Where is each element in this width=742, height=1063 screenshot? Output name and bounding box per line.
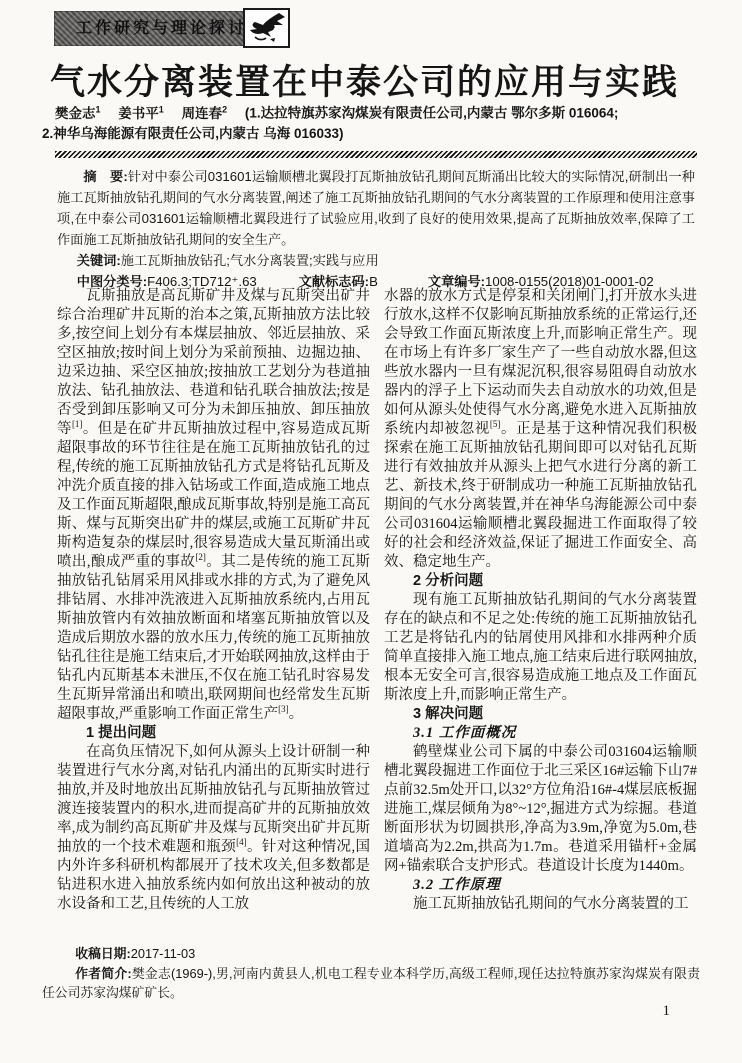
subsection-3-1-paragraph: 鹤壁煤业公司下属的中泰公司031604运输顺槽北翼段掘进工作面位于北三采区16#…	[384, 743, 697, 876]
journal-page: 工作研究与理论探讨 气水分离装置在中泰公司的应用与实践 樊金志1 姜书平1 周连…	[0, 0, 742, 1063]
author-line: 樊金志1 姜书平1 周连春2 (1.达拉特旗苏家沟煤炭有限责任公司,内蒙古 鄂尔…	[42, 99, 702, 124]
author-2-sup: 1	[159, 104, 164, 114]
subsection-heading-3-2: 3.2 工作原理	[384, 876, 697, 895]
abstract-block: 摘 要:针对中泰公司031601运输顺槽北翼段打瓦斯抽放钻孔期间瓦斯涌出比较大的…	[57, 166, 695, 292]
author-1-name: 樊金志	[55, 106, 96, 121]
affiliation-line-1: (1.达拉特旗苏家沟煤炭有限责任公司,内蒙古 鄂尔多斯 016064;	[245, 106, 619, 121]
author-3-name: 周连春	[182, 106, 223, 121]
received-date-line: 收稿日期:2017-11-03	[42, 944, 700, 964]
section-heading-1: 1 提出问题	[57, 724, 370, 743]
author-3-sup: 2	[222, 104, 227, 114]
section-1-paragraph: 在高负压情况下,如何从源头上设计研制一种装置进行气水分离,对钻孔内涌出的瓦斯实时…	[57, 743, 370, 914]
hatched-divider	[55, 151, 697, 158]
section-banner: 工作研究与理论探讨	[54, 11, 290, 46]
author-2: 姜书平1	[118, 106, 164, 121]
author-1: 樊金志1	[55, 106, 101, 121]
author-bio-line: 作者简介:樊金志(1969-),男,河南内黄县人,机电工程专业本科学历,高级工程…	[42, 964, 700, 1003]
section-2-paragraph: 现有施工瓦斯抽放钻孔期间的气水分离装置存在的缺点和不足之处:传统的施工瓦斯抽放钻…	[384, 591, 697, 705]
intro-paragraph: 瓦斯抽放是高瓦斯矿井及煤与瓦斯突出矿井综合治理矿井瓦斯的治本之策,瓦斯抽放方法比…	[57, 287, 370, 724]
abstract-text: 针对中泰公司031601运输顺槽北翼段打瓦斯抽放钻孔期间瓦斯涌出比较大的实际情况…	[57, 169, 695, 247]
received-date-value: 2017-11-03	[131, 946, 196, 961]
subsection-heading-3-1: 3.1 工作面概况	[384, 724, 697, 743]
section-heading-3: 3 解决问题	[384, 705, 697, 724]
page-number: 1	[663, 1003, 671, 1020]
article-title: 气水分离装置在中泰公司的应用与实践	[50, 55, 679, 105]
right-column: 水器的放水方式是停泵和关闭闸门,打开放水头进行放水,这样不仅影响瓦斯抽放系统的正…	[384, 287, 697, 914]
footnote-block: 收稿日期:2017-11-03 作者简介:樊金志(1969-),男,河南内黄县人…	[42, 944, 700, 1003]
section-1-paragraph-continued: 水器的放水方式是停泵和关闭闸门,打开放水头进行放水,这样不仅影响瓦斯抽放系统的正…	[384, 287, 697, 572]
author-bio-label: 作者简介:	[75, 966, 131, 981]
keywords-line: 关键词:施工瓦斯抽放钻孔;气水分离装置;实践与应用	[57, 250, 695, 271]
author-bio-text: 樊金志(1969-),男,河南内黄县人,机电工程专业本科学历,高级工程师,现任达…	[42, 966, 700, 1001]
bird-logo-icon	[243, 8, 290, 48]
author-2-name: 姜书平	[118, 106, 159, 121]
abstract-label: 摘 要:	[83, 169, 127, 184]
author-1-sup: 1	[96, 104, 101, 114]
affiliation-line-2: 2.神华乌海能源有限责任公司,内蒙古 乌海 016033)	[42, 124, 702, 144]
received-date-label: 收稿日期:	[75, 946, 130, 961]
body-columns: 瓦斯抽放是高瓦斯矿井及煤与瓦斯突出矿井综合治理矿井瓦斯的治本之策,瓦斯抽放方法比…	[57, 287, 697, 914]
left-column: 瓦斯抽放是高瓦斯矿井及煤与瓦斯突出矿井综合治理矿井瓦斯的治本之策,瓦斯抽放方法比…	[57, 287, 370, 914]
section-heading-2: 2 分析问题	[384, 572, 697, 591]
keywords-text: 施工瓦斯抽放钻孔;气水分离装置;实践与应用	[121, 253, 379, 268]
author-3: 周连春2	[182, 106, 228, 121]
subsection-3-2-paragraph: 施工瓦斯抽放钻孔期间的气水分离装置的工	[384, 895, 697, 914]
author-block: 樊金志1 姜书平1 周连春2 (1.达拉特旗苏家沟煤炭有限责任公司,内蒙古 鄂尔…	[42, 99, 702, 144]
abstract-paragraph: 摘 要:针对中泰公司031601运输顺槽北翼段打瓦斯抽放钻孔期间瓦斯涌出比较大的…	[57, 166, 695, 250]
keywords-label: 关键词:	[77, 253, 121, 268]
